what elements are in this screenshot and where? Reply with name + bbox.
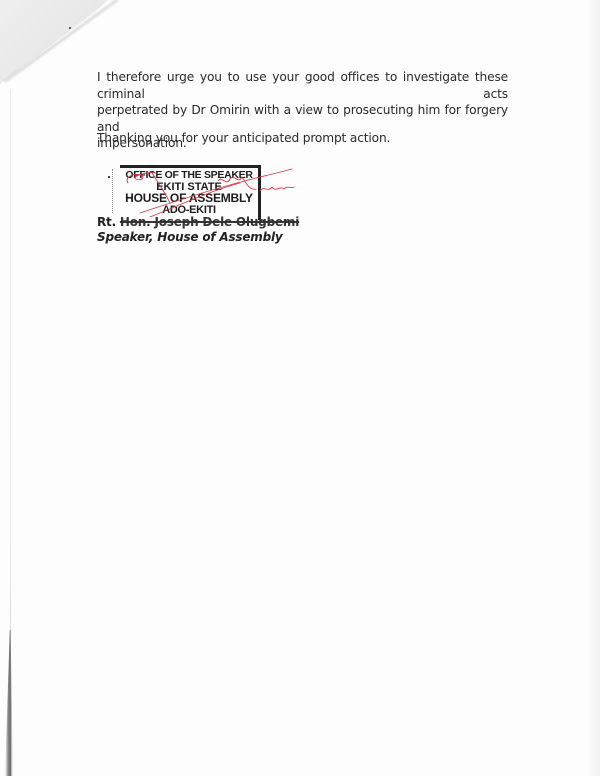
scan-speck [69, 27, 71, 29]
left-scan-shadow [5, 630, 13, 776]
signatory-name: Rt. Hon. Joseph Dele Olugbemi [97, 215, 299, 229]
stamp-line-house: HOUSE OF ASSEMBLY [120, 193, 258, 205]
document-page: I therefore urge you to use your good of… [0, 0, 600, 776]
official-stamp: OFFICE OF THE SPEAKER EKITI STATE HOUSE … [120, 165, 261, 220]
stamp-border-fragment [112, 169, 116, 213]
signatory-prefix: Rt. [97, 215, 120, 229]
paragraph-line: I therefore urge you to use your good of… [97, 69, 508, 102]
right-page-edge [590, 0, 600, 776]
stamp-line-office: OFFICE OF THE SPEAKER [120, 170, 258, 182]
signatory-title: Speaker, House of Assembly [97, 230, 283, 244]
paragraph-thanks: Thanking you for your anticipated prompt… [97, 130, 508, 147]
signatory-name-struck: Hon. Joseph Dele Olugbemi [120, 215, 299, 229]
stamp-speck [108, 176, 110, 178]
